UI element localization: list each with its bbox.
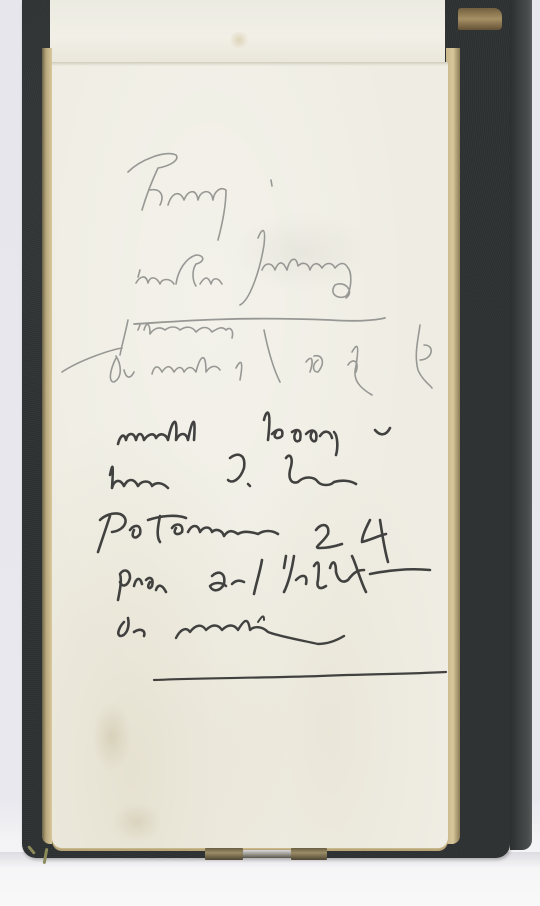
hinge-pin <box>243 850 291 858</box>
torn-leather-patch <box>458 8 502 30</box>
hinge-clasp-left <box>205 848 243 860</box>
previous-page-edge <box>50 0 445 64</box>
notebook-page <box>52 62 448 848</box>
photograph-scene: Lery ! rue du Faubourg l'homme du roule … <box>0 0 540 906</box>
paper-stain <box>228 32 250 48</box>
smudge <box>232 212 372 292</box>
page-block-right-edge <box>446 48 460 844</box>
paper-stain <box>112 802 162 842</box>
cover-spine-edge <box>510 0 532 850</box>
page-top-shadow <box>52 62 448 66</box>
table-surface <box>0 852 540 906</box>
paper-stain <box>92 702 132 772</box>
page-block-left-edge <box>42 48 52 844</box>
hinge-clasp-right <box>291 848 327 860</box>
